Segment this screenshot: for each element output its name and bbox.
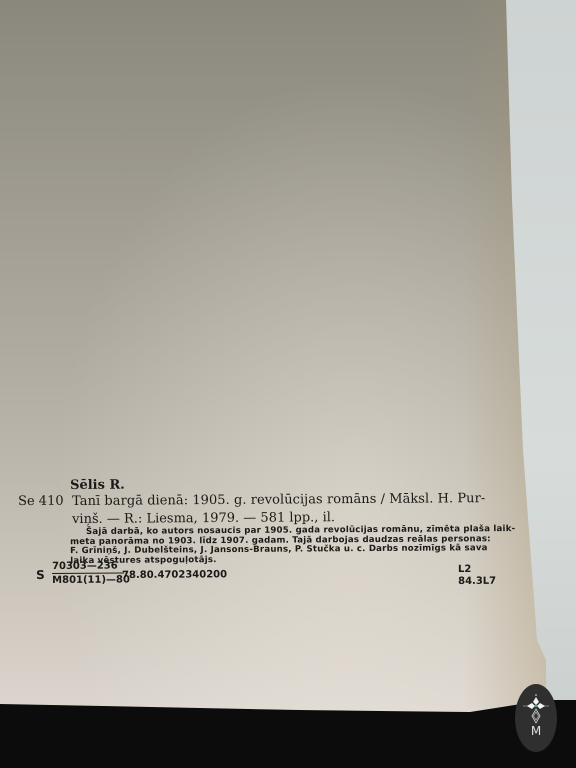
publication-code: 70303—236 M801(11)—80: [52, 559, 130, 587]
classification-code: L2 84.3L7: [458, 564, 496, 588]
title-line-1: Tanī bargā dienā: 1905. g. revolūcijas r…: [72, 491, 485, 509]
isbn-code: 78.80.4702340200: [122, 569, 227, 581]
code-numerator: 70303—236: [52, 559, 124, 574]
bbk-line-2: 84.3L7: [458, 576, 496, 588]
floral-diamond-m-logo-icon: M: [521, 693, 551, 743]
dark-surface: [0, 700, 576, 768]
code-denominator: M801(11)—80: [52, 574, 130, 586]
abstract: Šajā darbā, ko autors nosaucis par 1905.…: [86, 525, 516, 566]
page-edge-shading: [0, 0, 546, 718]
index-letter: S: [36, 568, 45, 582]
watermark-badge: M: [515, 684, 557, 752]
shelf-mark: Se 410: [18, 494, 64, 509]
title-line-2: viņš. — R.: Liesma, 1979. — 581 lpp., il…: [72, 510, 335, 527]
author-name: Sēlis R.: [70, 478, 125, 493]
bbk-line-1: L2: [458, 564, 496, 576]
svg-text:M: M: [531, 724, 541, 738]
